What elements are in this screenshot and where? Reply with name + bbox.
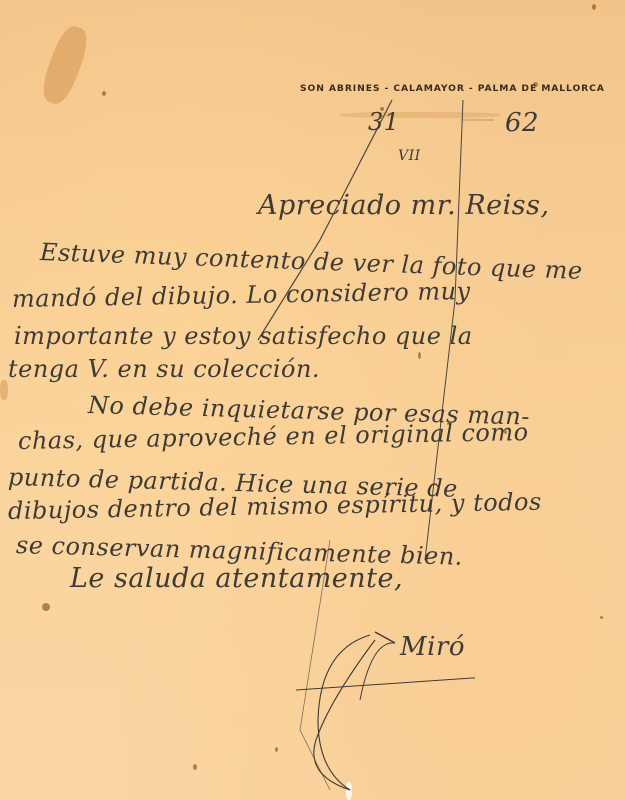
salutation: Apreciado mr. Reiss, — [258, 190, 550, 221]
letter-page: SON ABRINES - CALAMAYOR - PALMA DE MALLO… — [0, 0, 625, 800]
date-year: 62 — [505, 108, 539, 138]
date-month: VII — [398, 148, 421, 164]
body-line: tenga V. en su colección. — [8, 355, 320, 383]
date-day: 31 — [368, 108, 400, 136]
closing: Le saluda atentamente, — [70, 563, 403, 594]
body-line: importante y estoy satisfecho que la — [14, 322, 473, 350]
signature: Miró — [400, 632, 465, 662]
